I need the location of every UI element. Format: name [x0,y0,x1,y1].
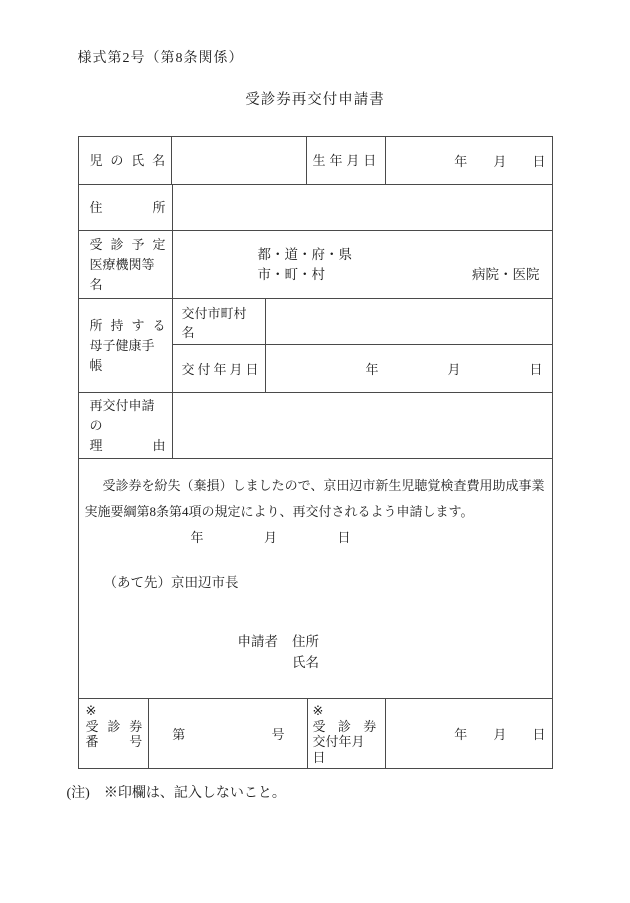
ticket-number-suffix: 号 [272,724,285,743]
row-mch-handbook: 所持する 母子健康手帳 交付市町村名 交付年月日 [79,299,552,393]
child-name-label-cell: 児の氏名 [79,137,173,184]
office-use-mark: ※ [313,703,377,719]
address-label-cell: 住所 [79,185,173,230]
reissue-reason-field [173,393,552,458]
row-medical-institution: 受診予定 医療機関等名 都・道・府・県 市・町・村 病院・医院 [79,231,552,299]
mch-handbook-label-line2: 母子健康手帳 [90,336,166,376]
reissue-reason-label-line1: 再交付申請の [90,396,166,436]
prefecture-options: 都・道・府・県 [173,245,552,265]
day-label: 日 [529,359,542,378]
issue-date-field: 年 月 日 [266,345,552,392]
issuing-city-label: 交付市町村名 [182,303,259,341]
ticket-issue-date-label-line3: 交付年月日 [313,734,377,765]
mch-handbook-label-cell: 所持する 母子健康手帳 [79,299,173,392]
row-office-use: ※ 受診券 番号 第 号 ※ 受診券 交付年月日 年 [79,699,552,768]
statement-body: 受診券を紛失（棄損）しましたので、京田辺市新生児聴覚検査費用助成事業実施要綱第8… [79,459,552,525]
day-label: 日 [532,151,545,170]
ticket-number-label-cell: ※ 受診券 番号 [79,699,150,768]
hospital-suffix: 病院・医院 [472,265,540,285]
issuing-city-label-cell: 交付市町村名 [173,299,266,344]
month-label: 月 [447,359,460,378]
row-address: 住所 [79,185,552,231]
applicant-address-label: 住所 [292,631,319,652]
office-use-mark: ※ [86,703,143,719]
subrow-issuing-city: 交付市町村名 [173,299,552,345]
birth-date-label-cell: 生年月日 [307,137,387,184]
addressee-line: （あて先）京田辺市長 [79,573,552,593]
row-reissue-reason: 再交付申請の 理由 [79,393,552,459]
statement-cell: 受診券を紛失（棄損）しましたので、京田辺市新生児聴覚検査費用助成事業実施要綱第8… [79,459,552,698]
child-name-field [172,137,306,184]
birth-date-label: 生年月日 [313,151,377,171]
year-label: 年 [454,724,467,743]
month-label: 月 [264,525,277,551]
page-title: 受診券再交付申請書 [78,88,553,109]
ticket-number-prefix: 第 [172,724,185,743]
medical-institution-label-line2: 医療機関等名 [90,255,166,295]
ticket-issue-date-field: 年 月 日 [386,699,551,768]
ticket-number-label-line2: 受診券 [86,719,143,735]
year-label: 年 [366,359,379,378]
ticket-issue-date-label-cell: ※ 受診券 交付年月日 [308,699,387,768]
applicant-block: 申請者 住所 氏名 [79,631,552,673]
subrow-issue-date: 交付年月日 年 月 日 [173,345,552,392]
address-field [173,185,552,230]
ticket-number-label-line3: 番号 [86,734,143,750]
applicant-label: 申請者 [238,631,279,673]
reissue-reason-label-cell: 再交付申請の 理由 [79,393,173,458]
city-options: 市・町・村 [258,265,326,285]
row-statement: 受診券を紛失（棄損）しましたので、京田辺市新生児聴覚検査費用助成事業実施要綱第8… [79,459,552,699]
ticket-number-field: 第 号 [149,699,307,768]
day-label: 日 [337,525,350,551]
applicant-name-label: 氏名 [292,652,319,673]
child-name-label: 児の氏名 [90,151,166,171]
form-number: 様式第2号（第8条関係） [78,47,553,67]
issue-date-label-cell: 交付年月日 [173,345,266,392]
medical-institution-field: 都・道・府・県 市・町・村 病院・医院 [173,231,552,298]
form-sheet: 様式第2号（第8条関係） 受診券再交付申請書 児の氏名 生年月日 年 月 日 [0,0,630,903]
medical-institution-label-cell: 受診予定 医療機関等名 [79,231,173,298]
birth-date-field: 年 月 日 [386,137,551,184]
month-label: 月 [493,151,506,170]
issue-date-label: 交付年月日 [182,359,259,378]
issuing-city-field [266,299,552,344]
address-label: 住所 [90,198,166,218]
day-label: 日 [532,724,545,743]
reissue-reason-label-line2: 理由 [90,436,166,456]
ticket-issue-date-label-line2: 受診券 [313,719,377,735]
mch-handbook-label-line1: 所持する [90,316,166,336]
year-label: 年 [191,525,204,551]
statement-date-line: 年 月 日 [191,525,351,551]
month-label: 月 [493,724,506,743]
medical-institution-label-line1: 受診予定 [90,235,166,255]
application-form-table: 児の氏名 生年月日 年 月 日 住所 [78,136,553,769]
row-child-name: 児の氏名 生年月日 年 月 日 [79,137,552,185]
year-label: 年 [454,151,467,170]
footnote: (注) ※印欄は、記入しないこと。 [67,782,553,802]
